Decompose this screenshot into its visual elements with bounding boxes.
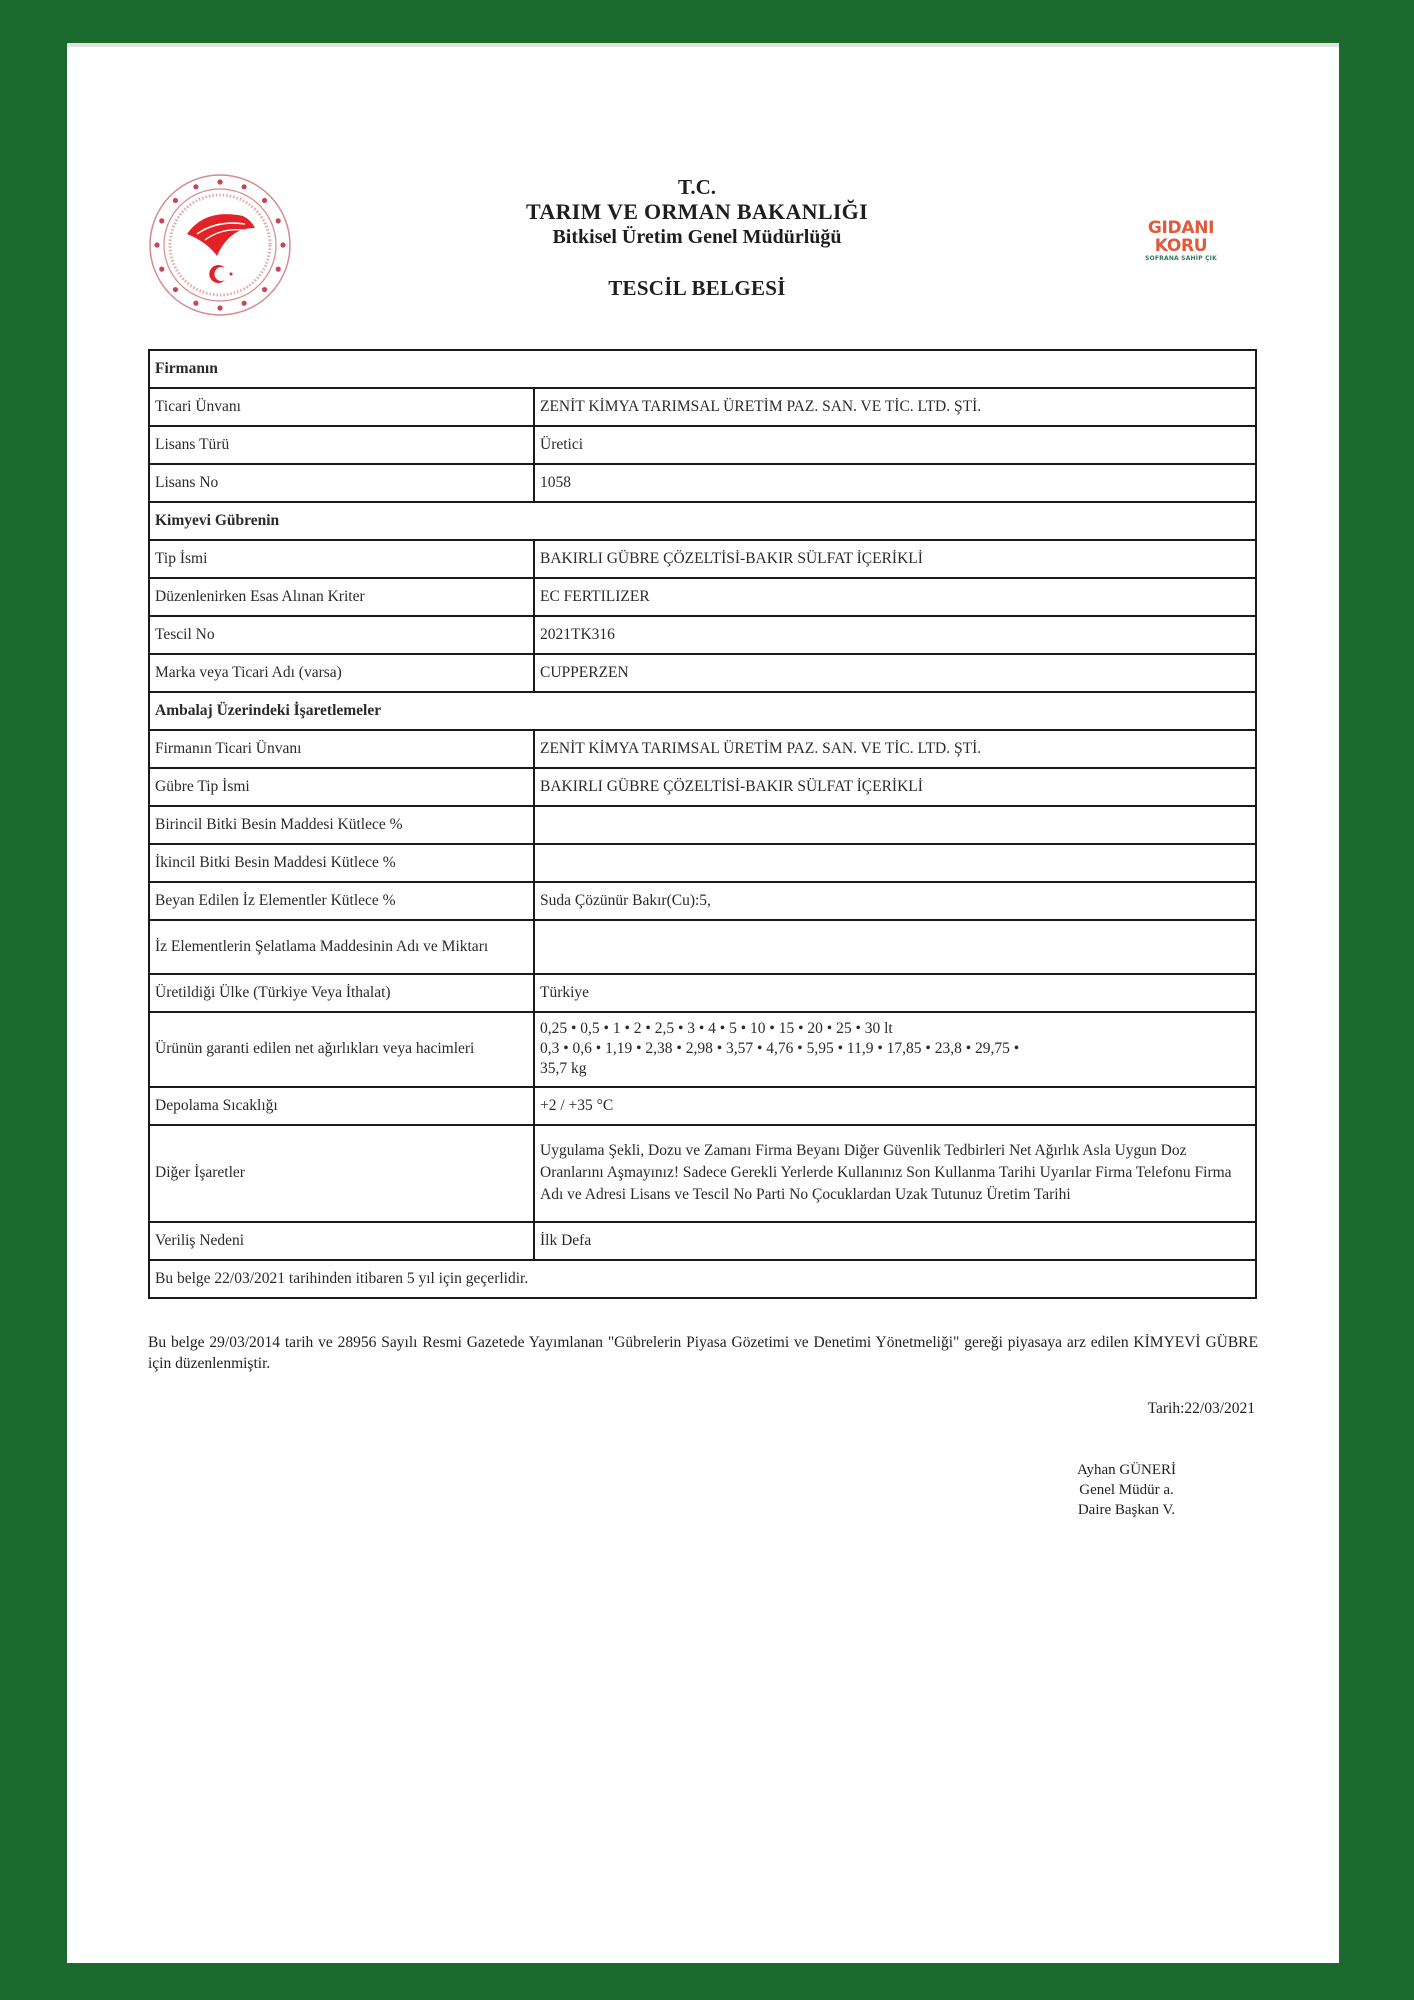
- field-label: Tip İsmi: [149, 540, 534, 578]
- table-row: Tip İsmiBAKIRLI GÜBRE ÇÖZELTİSİ-BAKIR SÜ…: [149, 540, 1256, 578]
- field-label: Firmanın Ticari Ünvanı: [149, 730, 534, 768]
- field-label: Veriliş Nedeni: [149, 1222, 534, 1260]
- table-row: İkincil Bitki Besin Maddesi Kütlece %: [149, 844, 1256, 882]
- table-row: Firmanın Ticari ÜnvanıZENİT KİMYA TARIMS…: [149, 730, 1256, 768]
- field-label: Depolama Sıcaklığı: [149, 1087, 534, 1125]
- header-ministry: TARIM VE ORMAN BAKANLIĞI: [357, 199, 1037, 225]
- signer-name: Ayhan GÜNERİ: [1077, 1460, 1176, 1480]
- section-title: Ambalaj Üzerindeki İşaretlemeler: [149, 692, 1256, 730]
- field-label: Marka veya Ticari Adı (varsa): [149, 654, 534, 692]
- brand-tagline: SOFRANA SAHİP ÇIK: [1119, 255, 1243, 263]
- table-row: Marka veya Ticari Adı (varsa)CUPPERZEN: [149, 654, 1256, 692]
- field-value: Üretici: [534, 426, 1256, 464]
- header-directorate: Bitkisel Üretim Genel Müdürlüğü: [357, 225, 1037, 250]
- field-value: Suda Çözünür Bakır(Cu):5,: [534, 882, 1256, 920]
- header-tc: T.C.: [357, 175, 1037, 199]
- field-value: Türkiye: [534, 974, 1256, 1012]
- table-row: Düzenlenirken Esas Alınan KriterEC FERTI…: [149, 578, 1256, 616]
- brand-logo: GIDANI KORU SOFRANA SAHİP ÇIK: [1119, 219, 1243, 263]
- weights-line: 0,3 • 0,6 • 1,19 • 2,38 • 2,98 • 3,57 • …: [540, 1039, 1249, 1059]
- field-label: Beyan Edilen İz Elementler Kütlece %: [149, 882, 534, 920]
- table-row: Depolama Sıcaklığı+2 / +35 °C: [149, 1087, 1256, 1125]
- signer-title-2: Daire Başkan V.: [1077, 1500, 1176, 1520]
- field-label: Lisans No: [149, 464, 534, 502]
- field-value: [534, 844, 1256, 882]
- document-header: T.C. TARIM VE ORMAN BAKANLIĞI Bitkisel Ü…: [357, 175, 1037, 301]
- table-row: Veriliş Nedeniİlk Defa: [149, 1222, 1256, 1260]
- table-row: Tescil No2021TK316: [149, 616, 1256, 654]
- section-title: Kimyevi Gübrenin: [149, 502, 1256, 540]
- table-row: Diğer İşaretlerUygulama Şekli, Dozu ve Z…: [149, 1125, 1256, 1222]
- issue-date: Tarih:22/03/2021: [1148, 1400, 1255, 1418]
- volumes-line: 0,25 • 0,5 • 1 • 2 • 2,5 • 3 • 4 • 5 • 1…: [540, 1019, 1249, 1039]
- field-label: Birincil Bitki Besin Maddesi Kütlece %: [149, 806, 534, 844]
- field-label: Diğer İşaretler: [149, 1125, 534, 1222]
- regulation-footnote: Bu belge 29/03/2014 tarih ve 28956 Sayıl…: [148, 1332, 1258, 1374]
- signature-block: Ayhan GÜNERİ Genel Müdür a. Daire Başkan…: [1077, 1460, 1176, 1520]
- brand-name: GIDANI KORU: [1119, 219, 1243, 255]
- table-row: Üretildiği Ülke (Türkiye Veya İthalat)Tü…: [149, 974, 1256, 1012]
- certificate-page: T.C. TARIM VE ORMAN BAKANLIĞI Bitkisel Ü…: [67, 43, 1339, 1963]
- field-label: İkincil Bitki Besin Maddesi Kütlece %: [149, 844, 534, 882]
- field-value: BAKIRLI GÜBRE ÇÖZELTİSİ-BAKIR SÜLFAT İÇE…: [534, 540, 1256, 578]
- registration-table: Firmanın Ticari ÜnvanıZENİT KİMYA TARIMS…: [148, 349, 1257, 1299]
- validity-statement: Bu belge 22/03/2021 tarihinden itibaren …: [149, 1260, 1256, 1298]
- table-row: İz Elementlerin Şelatlama Maddesinin Adı…: [149, 920, 1256, 974]
- section-title: Firmanın: [149, 350, 1256, 388]
- field-value: +2 / +35 °C: [534, 1087, 1256, 1125]
- table-row: Ürünün garanti edilen net ağırlıkları ve…: [149, 1012, 1256, 1087]
- field-value: 0,25 • 0,5 • 1 • 2 • 2,5 • 3 • 4 • 5 • 1…: [534, 1012, 1256, 1087]
- field-value: BAKIRLI GÜBRE ÇÖZELTİSİ-BAKIR SÜLFAT İÇE…: [534, 768, 1256, 806]
- table-row: Lisans No1058: [149, 464, 1256, 502]
- field-value: CUPPERZEN: [534, 654, 1256, 692]
- field-label: Ürünün garanti edilen net ağırlıkları ve…: [149, 1012, 534, 1087]
- table-row: Birincil Bitki Besin Maddesi Kütlece %: [149, 806, 1256, 844]
- field-label: Ticari Ünvanı: [149, 388, 534, 426]
- field-label: Üretildiği Ülke (Türkiye Veya İthalat): [149, 974, 534, 1012]
- table-row: Beyan Edilen İz Elementler Kütlece %Suda…: [149, 882, 1256, 920]
- field-value: [534, 920, 1256, 974]
- field-label: İz Elementlerin Şelatlama Maddesinin Adı…: [149, 920, 534, 974]
- document-title: TESCİL BELGESİ: [357, 276, 1037, 301]
- ministry-seal-icon: [147, 172, 293, 318]
- field-label: Lisans Türü: [149, 426, 534, 464]
- table-row: Gübre Tip İsmiBAKIRLI GÜBRE ÇÖZELTİSİ-BA…: [149, 768, 1256, 806]
- field-value: EC FERTILIZER: [534, 578, 1256, 616]
- field-label: Gübre Tip İsmi: [149, 768, 534, 806]
- field-value: Uygulama Şekli, Dozu ve Zamanı Firma Bey…: [534, 1125, 1256, 1222]
- field-value: 2021TK316: [534, 616, 1256, 654]
- field-value: ZENİT KİMYA TARIMSAL ÜRETİM PAZ. SAN. VE…: [534, 388, 1256, 426]
- field-value: İlk Defa: [534, 1222, 1256, 1260]
- field-label: Düzenlenirken Esas Alınan Kriter: [149, 578, 534, 616]
- field-value: [534, 806, 1256, 844]
- weights-line-cont: 35,7 kg: [540, 1059, 1249, 1079]
- field-value: ZENİT KİMYA TARIMSAL ÜRETİM PAZ. SAN. VE…: [534, 730, 1256, 768]
- table-row: Lisans TürüÜretici: [149, 426, 1256, 464]
- table-row: Ticari ÜnvanıZENİT KİMYA TARIMSAL ÜRETİM…: [149, 388, 1256, 426]
- field-label: Tescil No: [149, 616, 534, 654]
- signer-title: Genel Müdür a.: [1077, 1480, 1176, 1500]
- field-value: 1058: [534, 464, 1256, 502]
